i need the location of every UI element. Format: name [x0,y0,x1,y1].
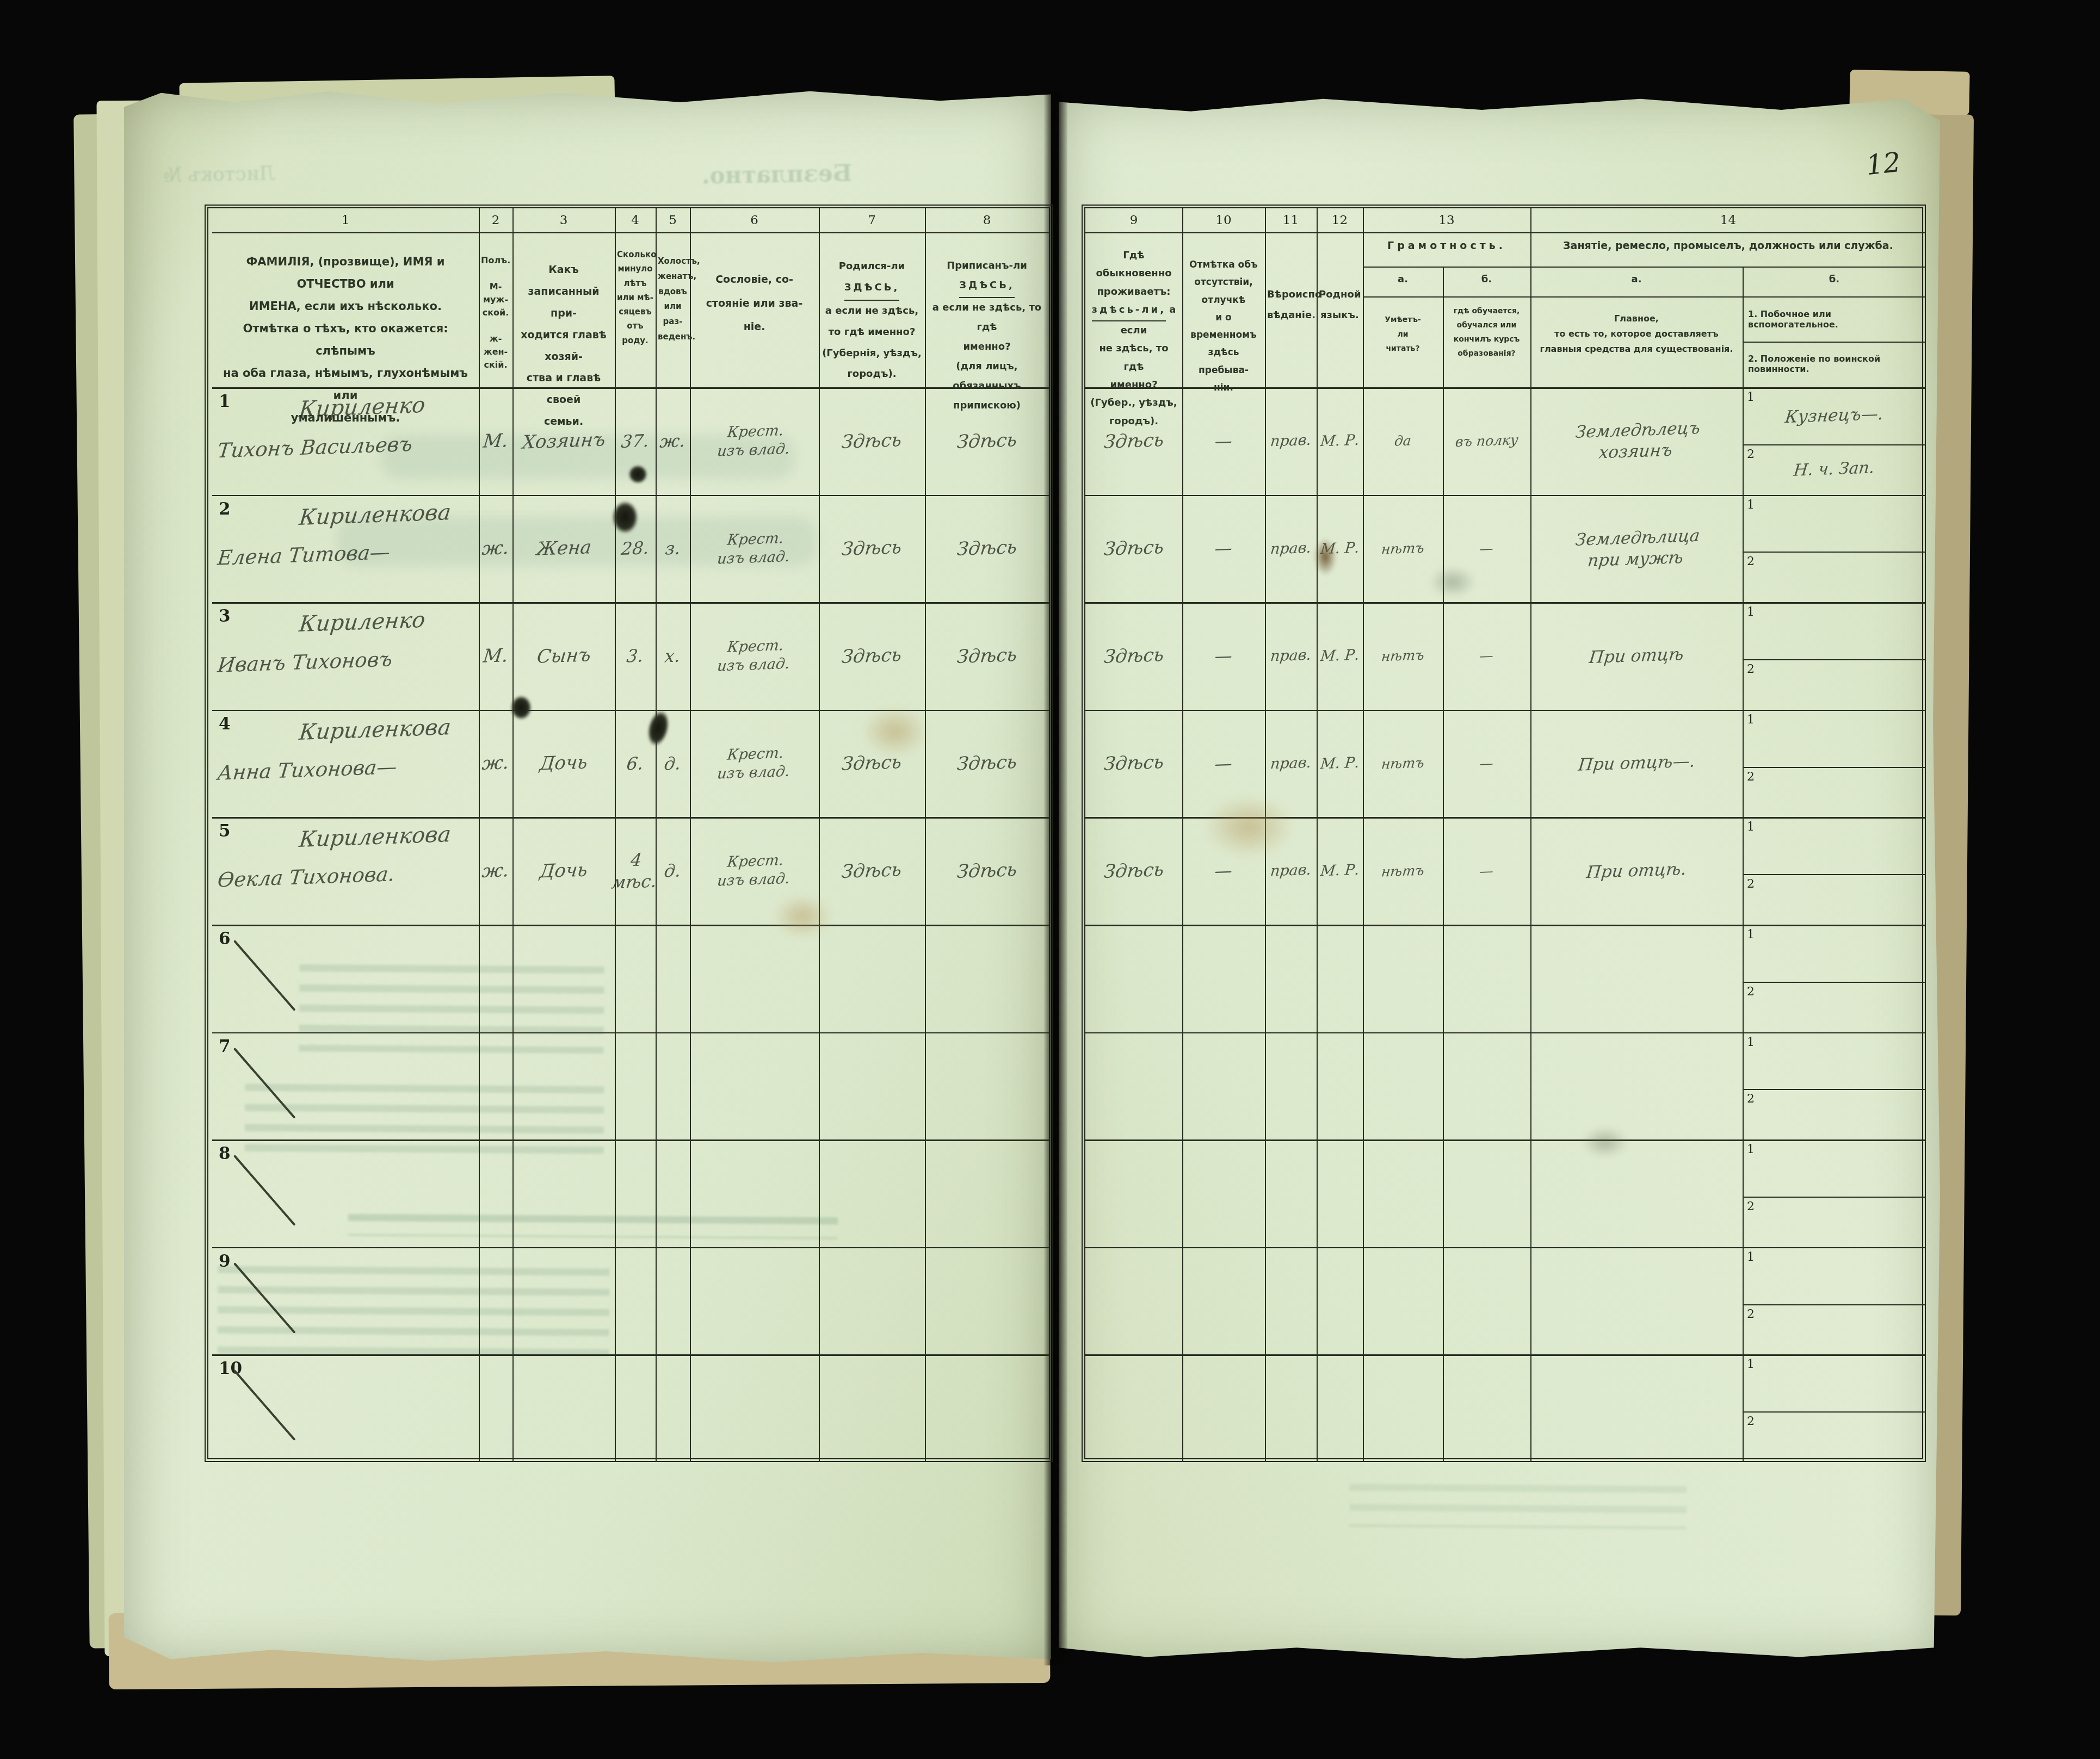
handwritten-value: д. [663,860,682,882]
rule-half [1743,767,1926,768]
marital-cell: д. [656,817,690,925]
rule-half [1743,874,1926,875]
occupation-side-cell: Кузнецъ—. [1743,387,1926,444]
handwritten-value: Крест. изъ влад. [716,851,792,890]
handwritten-value: прав. [1269,646,1312,666]
handwritten-value: М. Р. [1319,646,1360,666]
given-name: Анна Тихонова— [217,754,398,786]
sex-cell: ж. [479,817,512,925]
name-cell: КириленкоИванъ Тихоновъ [212,602,479,710]
estate-cell: Крест. изъ влад. [690,387,819,495]
literacy-cell: нѣтъ [1363,602,1443,710]
handwritten-value: Здѣсь [956,858,1018,884]
name-cell: КириленковаЕлена Титова— [212,495,479,603]
rule-h [212,1247,1049,1249]
faith-cell: прав. [1265,387,1317,495]
occupation-main-cell: При отцѣ—. [1530,710,1743,817]
handwritten-value: нѣтъ [1380,862,1425,880]
handwritten-value: Жена [535,536,592,561]
header-col13-a-label: а. [1363,274,1443,295]
header-col-number: 7 [819,208,925,232]
handwritten-value: Здѣсь [956,429,1018,454]
header-col-number: 3 [512,208,615,232]
side-cell-number-2: 2 [1747,1200,1755,1213]
header-col-number: 2 [479,208,512,232]
rule-h [1085,1139,1926,1141]
handwritten-value: Здѣсь [1103,643,1165,669]
header-col-number: 11 [1265,208,1317,232]
age-cell: 4 мѣс. [615,817,656,925]
residence-cell: Здѣсь [1085,817,1182,925]
header-text: ЗДѢСЬ, [844,277,900,301]
side-cell-number-1: 1 [1747,605,1755,619]
handwritten-value: Крест. изъ влад. [716,529,792,568]
handwritten-value: Кузнецъ—. [1784,404,1885,428]
handwritten-value: — [1479,862,1494,879]
census-table: 1234567891011121314ФАМИЛІЯ, (прозвище), … [0,0,2100,1759]
handwritten-page-number: 12 [1864,146,1902,181]
rule-half [1743,1197,1926,1198]
literacy-cell: да [1363,387,1443,495]
handwritten-value: Дочь [539,858,589,883]
header-col-number: 6 [690,208,819,232]
header-cell-col8: Приписанъ-ли ЗДѢСЬ, а если не здѣсь, то … [927,232,1047,411]
header-cell-col4: Сколько минуло лѣтъ или мѣ- сяцевъ отъ р… [617,232,653,402]
header-col-number: 1 [212,208,479,232]
header-text: Родился-ли [839,261,905,272]
estate-cell: Крест. изъ влад. [690,602,819,710]
handwritten-value: Крест. изъ влад. [716,422,792,461]
handwritten-value: Крест. изъ влад. [716,636,792,676]
absence-cell: — [1182,602,1265,710]
header-col13-a-text: Умѣетъ- ли читать? [1363,313,1443,356]
given-name: Ѳекла Тихонова. [217,862,396,894]
ink-blot-2 [508,692,535,723]
header-text: Приписанъ-ли [947,260,1027,271]
registration-cell: Здѣсь [925,710,1049,817]
handwritten-value: Здѣсь [1103,536,1165,561]
rule-half [1743,1089,1926,1090]
residence-cell: Здѣсь [1085,387,1182,495]
handwritten-value: При отцѣ [1588,643,1685,668]
header-cell-col5: Холостъ, женатъ, вдовъ или раз- веденъ. [658,232,688,409]
handwritten-value: Здѣсь [841,429,903,454]
handwritten-value: 4 мѣс. [610,848,660,894]
handwritten-value: 28. [620,537,650,560]
side-cell-number-2: 2 [1747,555,1755,568]
birthplace-cell: Здѣсь [819,602,925,710]
handwritten-value: — [1479,540,1494,557]
rule-half [1743,982,1926,983]
header-col14-a-text: Главное, то есть то, которое доставляетъ… [1530,311,1743,357]
header-col14-b-item-1: 1. Побочное или вспомогательное. [1748,309,1920,330]
name-cell: КириленкоТихонъ Васильевъ [212,387,479,495]
rule-h [1363,296,1926,298]
side-cell-number-2: 2 [1747,662,1755,676]
row-number: 9 [219,1252,231,1271]
birthplace-cell: Здѣсь [819,495,925,603]
handwritten-value: Здѣсь [956,643,1018,669]
rule-half [1743,1411,1926,1413]
given-name: Тихонъ Васильевъ [217,432,414,464]
registration-cell: Здѣсь [925,387,1049,495]
handwritten-value: Земледѣлецъ хозяинъ [1572,418,1701,464]
literacy-cell: нѣтъ [1363,817,1443,925]
header-col-number: 13 [1363,208,1530,232]
given-name: Елена Титова— [217,540,392,571]
handwritten-value: Н. ч. Зап. [1793,458,1875,481]
ink-blot-4 [626,462,650,486]
relation-cell: Дочь [512,710,615,817]
rule-h [212,1354,1049,1356]
name-cell: КириленковаѲекла Тихонова. [212,817,479,925]
surname: Кириленко [298,606,427,638]
handwritten-value: 3. [626,645,645,667]
relation-cell: Жена [512,495,615,603]
header-col13-b-label: б. [1443,274,1530,295]
side-cell-number-2: 2 [1747,1308,1755,1321]
handwritten-value: 37. [620,430,650,453]
rule-h [1743,342,1926,343]
handwritten-value: — [1214,430,1233,452]
language-cell: М. Р. [1317,817,1363,925]
handwritten-value: ж. [481,751,510,775]
handwritten-value: 6. [626,752,645,775]
side-cell-number-2: 2 [1747,985,1755,999]
handwritten-value: М. [482,429,509,453]
handwritten-value: Здѣсь [956,536,1018,561]
side-cell-number-1: 1 [1747,1358,1755,1371]
sex-cell: М. [479,602,512,710]
side-cell-number-1: 1 [1747,1036,1755,1049]
rule-half [1743,659,1926,660]
absence-cell: — [1182,495,1265,603]
side-cell-number-1: 1 [1747,928,1755,942]
rule-h [212,1032,1049,1034]
header-col13-b-text: гдѣ обучается, обучался или кончилъ курс… [1443,305,1530,361]
handwritten-value: д. [663,752,682,775]
header-col-number: 10 [1182,208,1265,232]
occupation-main-cell: Земледѣлица при мужѣ [1530,495,1743,603]
birthplace-cell: Здѣсь [819,387,925,495]
rule-h [1085,1354,1926,1356]
handwritten-value: прав. [1269,753,1312,773]
handwritten-value: прав. [1269,538,1312,559]
scanned-census-spread: Листокъ № Безплатно. 1234567891011121314… [0,0,2100,1759]
rule-h [212,925,1049,926]
stain-smudge-1 [1420,560,1485,604]
surname: Кириленкова [298,499,452,531]
rule-half [1743,552,1926,553]
registration-cell: Здѣсь [925,817,1049,925]
handwritten-value: — [1214,752,1233,775]
side-cell-number-1: 1 [1747,1250,1755,1264]
handwritten-value: прав. [1269,431,1312,451]
stain-tan-1 [849,696,941,767]
surname: Кириленкова [298,821,452,853]
header-col-number: 4 [615,208,656,232]
side-cell-number-2: 2 [1747,877,1755,891]
side-cell-number-1: 1 [1747,713,1755,727]
header-cell-col7: Родился-ли ЗДѢСЬ, а если не здѣсь, то гд… [821,232,923,411]
handwritten-value: М. Р. [1319,861,1360,881]
header-text: здѣсь-ли, [1092,301,1166,321]
rule-h [1085,1032,1926,1034]
header-col13-title: Грамотность. [1363,240,1530,267]
handwritten-value: Крест. изъ влад. [716,744,792,783]
education-cell: — [1443,710,1530,817]
literacy-cell: нѣтъ [1363,710,1443,817]
header-text: Гдѣ обыкновенно проживаетъ: [1096,250,1171,298]
side-cell-number-1: 1 [1747,498,1755,512]
handwritten-value: М. Р. [1319,431,1360,451]
occupation-main-cell: При отцѣ. [1530,817,1743,925]
handwritten-value: Здѣсь [841,536,903,561]
handwritten-value: въ полку [1454,431,1519,450]
occupation-main-cell: При отцѣ [1530,602,1743,710]
handwritten-value: Здѣсь [956,751,1018,776]
sex-cell: М. [479,387,512,495]
stain-tan-2 [1186,783,1311,870]
side-cell-number-2: 2 [1747,770,1755,784]
side-cell-number-2: 2 [1747,1092,1755,1106]
header-text: ЗДѢСЬ, [959,276,1015,298]
ink-blot-1 [608,496,642,538]
side-cell-number-1: 1 [1747,1143,1755,1156]
row-number: 6 [219,929,231,949]
marital-cell: з. [656,495,690,603]
rule-h [212,1139,1049,1141]
estate-cell: Крест. изъ влад. [690,710,819,817]
language-cell: М. Р. [1317,710,1363,817]
side-cell-number-1: 1 [1747,820,1755,834]
header-col14-b-item-2: 2. Положеніе по воинской повинности. [1748,354,1920,374]
header-cell-col1: ФАМИЛІЯ, (прозвище), ИМЯ и ОТЧЕСТВО или … [214,232,477,406]
header-cell-col10: Отмѣтка объ отсутствіи, отлучкѣ и о врем… [1184,232,1263,411]
row-number: 7 [219,1037,231,1056]
handwritten-value: ж. [481,536,510,560]
handwritten-value: Здѣсь [1103,858,1165,884]
handwritten-value: М. [482,644,509,668]
header-cell-col2: Полъ. М-муж- ской. ж-жен- скій. [481,232,510,409]
side-cell-number-2: 2 [1747,1415,1755,1428]
paper-flaw-spot [1310,532,1341,582]
handwritten-value: нѣтъ [1380,539,1425,558]
surname: Кириленко [298,392,427,423]
handwritten-value: — [1214,645,1233,667]
handwritten-value: ж. [481,859,510,883]
name-cell: КириленковаАнна Тихонова— [212,710,479,817]
handwritten-value: М. Р. [1319,753,1360,773]
handwritten-value: — [1479,754,1494,772]
relation-cell: Хозяинъ [512,387,615,495]
handwritten-value: Здѣсь [841,643,903,669]
residence-cell: Здѣсь [1085,602,1182,710]
faith-cell: прав. [1265,602,1317,710]
rule-h [1085,925,1926,926]
occupation-main-cell: Земледѣлецъ хозяинъ [1530,387,1743,495]
registration-cell: Здѣсь [925,495,1049,603]
rule-half [1743,1304,1926,1305]
sex-cell: ж. [479,710,512,817]
handwritten-value: При отцѣ. [1585,859,1688,883]
row-number: 8 [219,1144,231,1163]
rule-h [1085,1247,1926,1249]
handwritten-value: нѣтъ [1380,754,1425,773]
age-cell: 3. [615,602,656,710]
given-name: Иванъ Тихоновъ [217,647,394,678]
registration-cell: Здѣсь [925,602,1049,710]
marital-cell: х. [656,602,690,710]
header-col-number: 8 [925,208,1049,232]
language-cell: М. Р. [1317,387,1363,495]
handwritten-value: Сынъ [535,643,591,668]
header-col-number: 12 [1317,208,1363,232]
handwritten-value: х. [664,645,681,667]
handwritten-value: Здѣсь [841,858,903,884]
education-cell: — [1443,817,1530,925]
handwritten-value: Дочь [539,751,589,776]
header-col14-a-label: а. [1530,274,1743,295]
handwritten-value: нѣтъ [1380,647,1425,665]
handwritten-value: Земледѣлица при мужѣ [1572,525,1701,572]
residence-cell: Здѣсь [1085,495,1182,603]
handwritten-value: — [1479,647,1494,665]
handwritten-value: да [1393,432,1412,450]
header-col14-b-label: б. [1743,274,1926,295]
header-text: а если не здѣсь, то гдѣ именно? (Губерні… [822,305,922,380]
stain-smudge-2 [1572,1120,1638,1164]
absence-cell: — [1182,387,1265,495]
header-col-number: 5 [656,208,690,232]
marital-cell: ж. [656,387,690,495]
military-status-cell: Н. ч. Зап. [1743,444,1926,495]
header-col14-title: Занятіе, ремесло, промыселъ, должность и… [1536,240,1920,267]
header-col-number: 9 [1085,208,1182,232]
handwritten-value: з. [664,537,682,560]
handwritten-value: Здѣсь [1103,751,1165,776]
handwritten-value: ж. [659,430,687,453]
education-cell: — [1443,602,1530,710]
header-cell-col9: Гдѣ обыкновенно проживаетъ: здѣсь-ли, а … [1088,232,1180,401]
language-cell: М. Р. [1317,602,1363,710]
faith-cell: прав. [1265,495,1317,603]
handwritten-value: При отцѣ—. [1577,751,1696,776]
residence-cell: Здѣсь [1085,710,1182,817]
estate-cell: Крест. изъ влад. [690,495,819,603]
handwritten-value: Здѣсь [1103,429,1165,454]
sex-cell: ж. [479,495,512,603]
education-cell: въ полку [1443,387,1530,495]
surname: Кириленкова [298,714,452,746]
handwritten-value: Хозяинъ [521,428,606,454]
header-col-number: 14 [1530,208,1926,232]
relation-cell: Дочь [512,817,615,925]
handwritten-value: — [1214,537,1233,560]
stain-tan-3 [762,887,843,946]
